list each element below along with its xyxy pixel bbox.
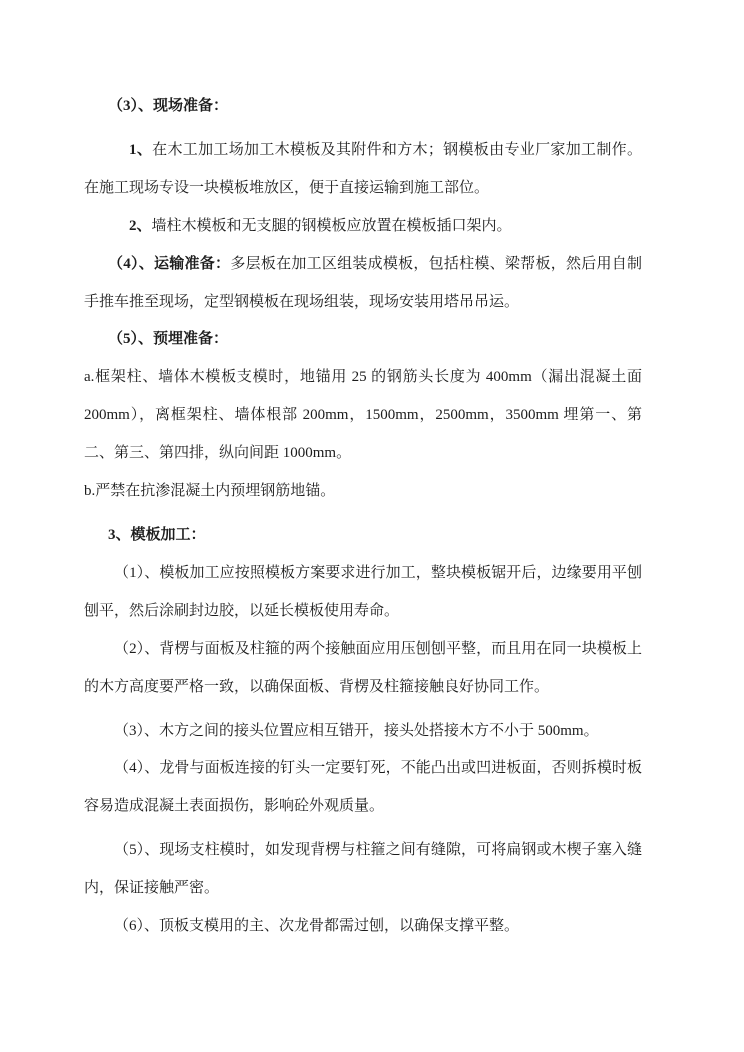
item-number: 1、	[129, 142, 152, 158]
para-processing-item-3: （3）、木方之间的接头位置应相互错开，接头处搭接木方不小于 500mm。	[84, 713, 642, 751]
para-transport-preparation: （4）、运输准备：多层板在加工区组装成模板，包括柱模、梁帮板，然后用自制手推车推…	[84, 246, 642, 322]
para-embedment-item-b: b.严禁在抗渗混凝土内预埋钢筋地锚。	[84, 473, 642, 511]
heading-label: （4）、运输准备：	[108, 256, 230, 272]
item-text: （2）、背楞与面板及柱箍的两个接触面应用压刨刨平整，而且用在同一块模板上的木方高…	[84, 641, 642, 695]
item-text: （5）、现场支柱模时，如发现背楞与柱箍之间有缝隙，可将扁钢或木楔子塞入缝内，保证…	[84, 842, 642, 896]
heading-label: 3、模板加工：	[108, 527, 206, 543]
item-text: a.框架柱、墙体木模板支模时，地锚用 25 的钢筋头长度为 400mm（漏出混凝…	[84, 369, 642, 461]
heading-label: （5）、预埋准备：	[108, 331, 228, 347]
para-embedment-item-a: a.框架柱、墙体木模板支模时，地锚用 25 的钢筋头长度为 400mm（漏出混凝…	[84, 359, 642, 473]
para-site-prep-item-1: 1、在木工加工场加工木模板及其附件和方木；钢模板由专业厂家加工制作。在施工现场专…	[84, 132, 642, 208]
heading-site-preparation: （3）、现场准备：	[84, 88, 642, 126]
heading-embedment-preparation: （5）、预埋准备：	[84, 321, 642, 359]
item-text: （4）、龙骨与面板连接的钉头一定要钉死，不能凸出或凹进板面，否则拆模时板容易造成…	[84, 760, 642, 814]
item-text: 在木工加工场加工木模板及其附件和方木；钢模板由专业厂家加工制作。在施工现场专设一…	[84, 142, 642, 196]
para-site-prep-item-2: 2、墙柱木模板和无支腿的钢模板应放置在模板插口架内。	[84, 208, 642, 246]
document-page: （3）、现场准备： 1、在木工加工场加工木模板及其附件和方木；钢模板由专业厂家加…	[0, 0, 744, 1052]
para-processing-item-5: （5）、现场支柱模时，如发现背楞与柱箍之间有缝隙，可将扁钢或木楔子塞入缝内，保证…	[84, 832, 642, 908]
item-text: （6）、顶板支模用的主、次龙骨都需过刨，以确保支撑平整。	[114, 918, 519, 934]
para-processing-item-4: （4）、龙骨与面板连接的钉头一定要钉死，不能凸出或凹进板面，否则拆模时板容易造成…	[84, 750, 642, 826]
item-text: （3）、木方之间的接头位置应相互错开，接头处搭接木方不小于 500mm。	[114, 723, 599, 739]
item-text: b.严禁在抗渗混凝土内预埋钢筋地锚。	[84, 483, 335, 499]
item-text: （1）、模板加工应按照模板方案要求进行加工，整块模板锯开后，边缘要用平刨刨平，然…	[84, 565, 642, 619]
item-text: 墙柱木模板和无支腿的钢模板应放置在模板插口架内。	[152, 218, 512, 234]
para-processing-item-1: （1）、模板加工应按照模板方案要求进行加工，整块模板锯开后，边缘要用平刨刨平，然…	[84, 555, 642, 631]
para-processing-item-2: （2）、背楞与面板及柱箍的两个接触面应用压刨刨平整，而且用在同一块模板上的木方高…	[84, 631, 642, 707]
heading-formwork-processing: 3、模板加工：	[84, 517, 642, 555]
para-processing-item-6: （6）、顶板支模用的主、次龙骨都需过刨，以确保支撑平整。	[84, 908, 642, 946]
heading-label: （3）、现场准备：	[108, 98, 228, 114]
item-number: 2、	[129, 218, 152, 234]
